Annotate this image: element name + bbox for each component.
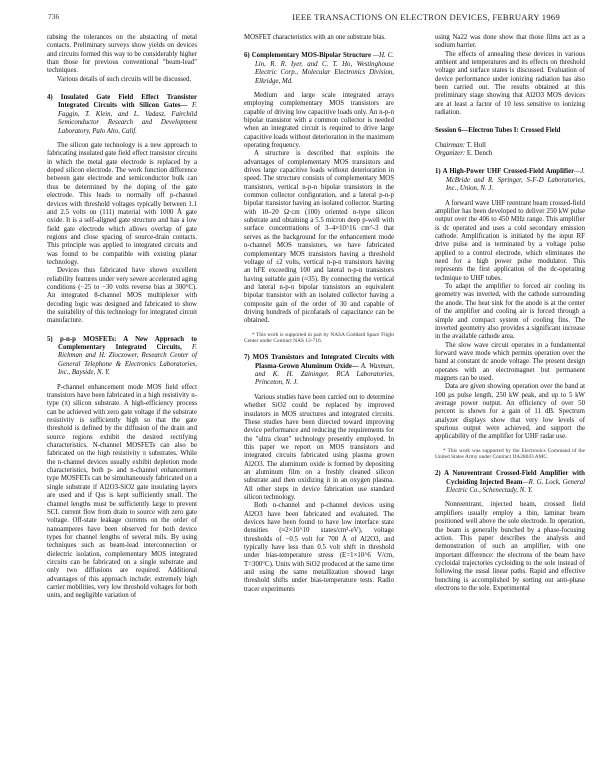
column-3: using Na22 was done show that those film…: [435, 34, 585, 593]
page-number: 736: [48, 12, 59, 21]
paragraph: Both n-channel and p-channel devices usi…: [244, 502, 394, 594]
paragraph: Devices thus fabricated have shown excel…: [47, 267, 197, 325]
paragraph: The silicon gate technology is a new app…: [47, 142, 197, 267]
page-header: 736 IEEE TRANSACTIONS ON ELECTRON DEVICE…: [0, 12, 600, 26]
section-heading-2: 2) A Nonreentrant Crossed-Field Amplifie…: [435, 470, 585, 495]
paragraph: A structure is described that exploits t…: [244, 150, 394, 325]
footnote: * This work is supported in part by NASA…: [244, 332, 394, 345]
column-1: rabsing the tolerances on the abstacting…: [47, 34, 197, 601]
section-heading-6: 6) Complementary MOS-Bipolar Structure —…: [244, 52, 394, 86]
session-chairman: Chairman: T. Hull: [435, 142, 585, 150]
paragraph: The slow wave circuit operates in a fund…: [435, 342, 585, 384]
paragraph: Various details of such circuits will be…: [47, 76, 197, 84]
paragraph: Data are given showing operation over th…: [435, 383, 585, 441]
section-heading-1: 1) A High-Power UHF Crossed-Field Amplif…: [435, 168, 585, 193]
section-title: Complementary MOS-Bipolar Structure: [252, 52, 371, 59]
section-title: p-n-p MOSFETs: A New Approach to Complem…: [58, 336, 197, 351]
paragraph: The effects of annealing these devices i…: [435, 51, 585, 118]
column-2: MOSFET characteristics with an one subst…: [244, 34, 394, 594]
continuation-text: rabsing the tolerances on the abstacting…: [47, 34, 197, 76]
section-heading-4: 4) Insulated Gate Field Effect Transisto…: [47, 94, 197, 136]
session-organizer: Organizer: E. Dench: [435, 150, 585, 158]
continuation-text: MOSFET characteristics with an one subst…: [244, 34, 394, 42]
paragraph: Nonreentrant, injected beam, crossed fie…: [435, 501, 585, 593]
section-title: A High-Power UHF Crossed-Field Amplifier: [443, 168, 575, 175]
paragraph: A forward wave UHF reentrant beam crosse…: [435, 200, 585, 283]
footnote: * This work was supported by the Electro…: [435, 448, 585, 461]
section-title: Insulated Gate Field Effect Transistor I…: [58, 94, 197, 109]
paragraph: Medium and large scale integrated arrays…: [244, 92, 394, 150]
section-heading-5: 5) p-n-p MOSFETs: A New Approach to Comp…: [47, 336, 197, 378]
paragraph: P-channel enhancement mode MOS field eff…: [47, 384, 197, 601]
section-heading-7: 7) MOS Transistors and Integrated Circui…: [244, 354, 394, 388]
paragraph: To adapt the amplifier to forced air coo…: [435, 283, 585, 341]
continuation-text: using Na22 was done show that those film…: [435, 34, 585, 51]
paragraph: Various studies have been carried out to…: [244, 394, 394, 502]
running-head: IEEE TRANSACTIONS ON ELECTRON DEVICES, F…: [292, 12, 560, 22]
session-heading: Session 6—Electron Tubes I: Crossed Fiel…: [435, 127, 585, 135]
